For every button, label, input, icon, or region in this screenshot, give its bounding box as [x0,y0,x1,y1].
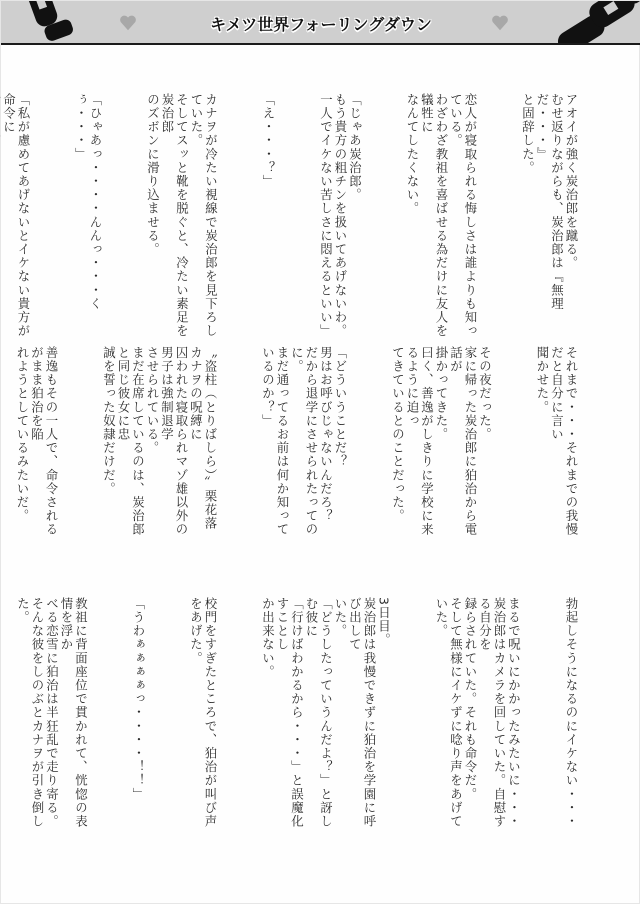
paragraph: それまで・・・それまでの我慢だと自分に言い 聞かせた。 [535,346,579,541]
dialogue: 「どういうことだ？ 男はお呼びじゃないんだろ？ だから退学にさせられたってのに。… [260,346,347,541]
text-band-bottom: 勃起しそうになるのにイケない・・・ まるで呪いにかかったみたいに・・・ 炭治郎は… [17,597,607,837]
paragraph: 恋人が寝取られる悔しさは誰よりも知っている。 わざわざ教祖を喜ばせる為だけに友人… [405,93,478,341]
dialogue: 「え・・・？」 [261,93,276,341]
paragraph: 善逸もその一人で、命令されるがまま狛治を陥 れようとしているみたいだ。 [15,346,59,541]
paragraph: 教祖に背面座位で貫かれて、恍惚の表情を浮か べる恋雪に狛治は半狂乱で走り寄る。 … [15,597,88,837]
paragraph: 〝盗柱（とりばしら）〟栗花落カナヲの呪縛に 囚われた寝取られマゾ雄以外の男子は強… [101,346,217,541]
paragraph: まるで呪いにかかったみたいに・・・ 炭治郎はカメラを回していた。自慰する自分を … [434,597,521,837]
text-band-top: アオイが強く炭治郎を蹴る。 むせ返りながらも、炭治郎は『無理だ・・・』 と固辞し… [17,93,607,341]
paragraph: 勃起しそうになるのにイケない・・・ [564,597,579,837]
paragraph: その夜だった。 家に帰った炭治郎に狛治から電話が 掛かってきた。 曰く、善逸がし… [390,346,492,541]
dialogue: 「うわぁぁぁぁっ・・・・！！」 [131,597,146,837]
page-header: キメツ世界フォーリングダウン [1,1,640,45]
dialogue: 「私が慮めてあげないとイケない貴方が命令に 背くとどうなるか・・・ 思い知るとい… [0,93,30,341]
heart-icon [491,14,509,32]
paragraph: 3日目。 炭治郎は我慢できずに狛治を学園に呼び出して いた。 「どうしたっていう… [260,597,391,837]
dialogue: 「ひゃあっ・・・・んんっ・・・くぅ・・・」 [73,93,102,341]
chain-icon [521,1,640,45]
paragraph: アオイが強く炭治郎を蹴る。 むせ返りながらも、炭治郎は『無理だ・・・』 と固辞し… [520,93,578,341]
novel-page: キメツ世界フォーリングダウン アオイが強く炭治郎を蹴る。 むせ返りながらも、炭治… [0,0,640,904]
paragraph: カナヲが冷たい視線で炭治郎を見下ろしていた。 そしてスッと靴を脱ぐと、冷たい素足… [145,93,218,341]
text-band-middle: それまで・・・それまでの我慢だと自分に言い 聞かせた。 その夜だった。 家に帰っ… [17,346,607,541]
dialogue: 「じゃあ炭治郎。 もう貴方の粗チンを扱いてあげないわ。 一人でイケない苦しさに悶… [318,93,362,341]
paragraph: 校門をすぎたところで、狛治が叫び声をあげた。 [188,597,217,837]
